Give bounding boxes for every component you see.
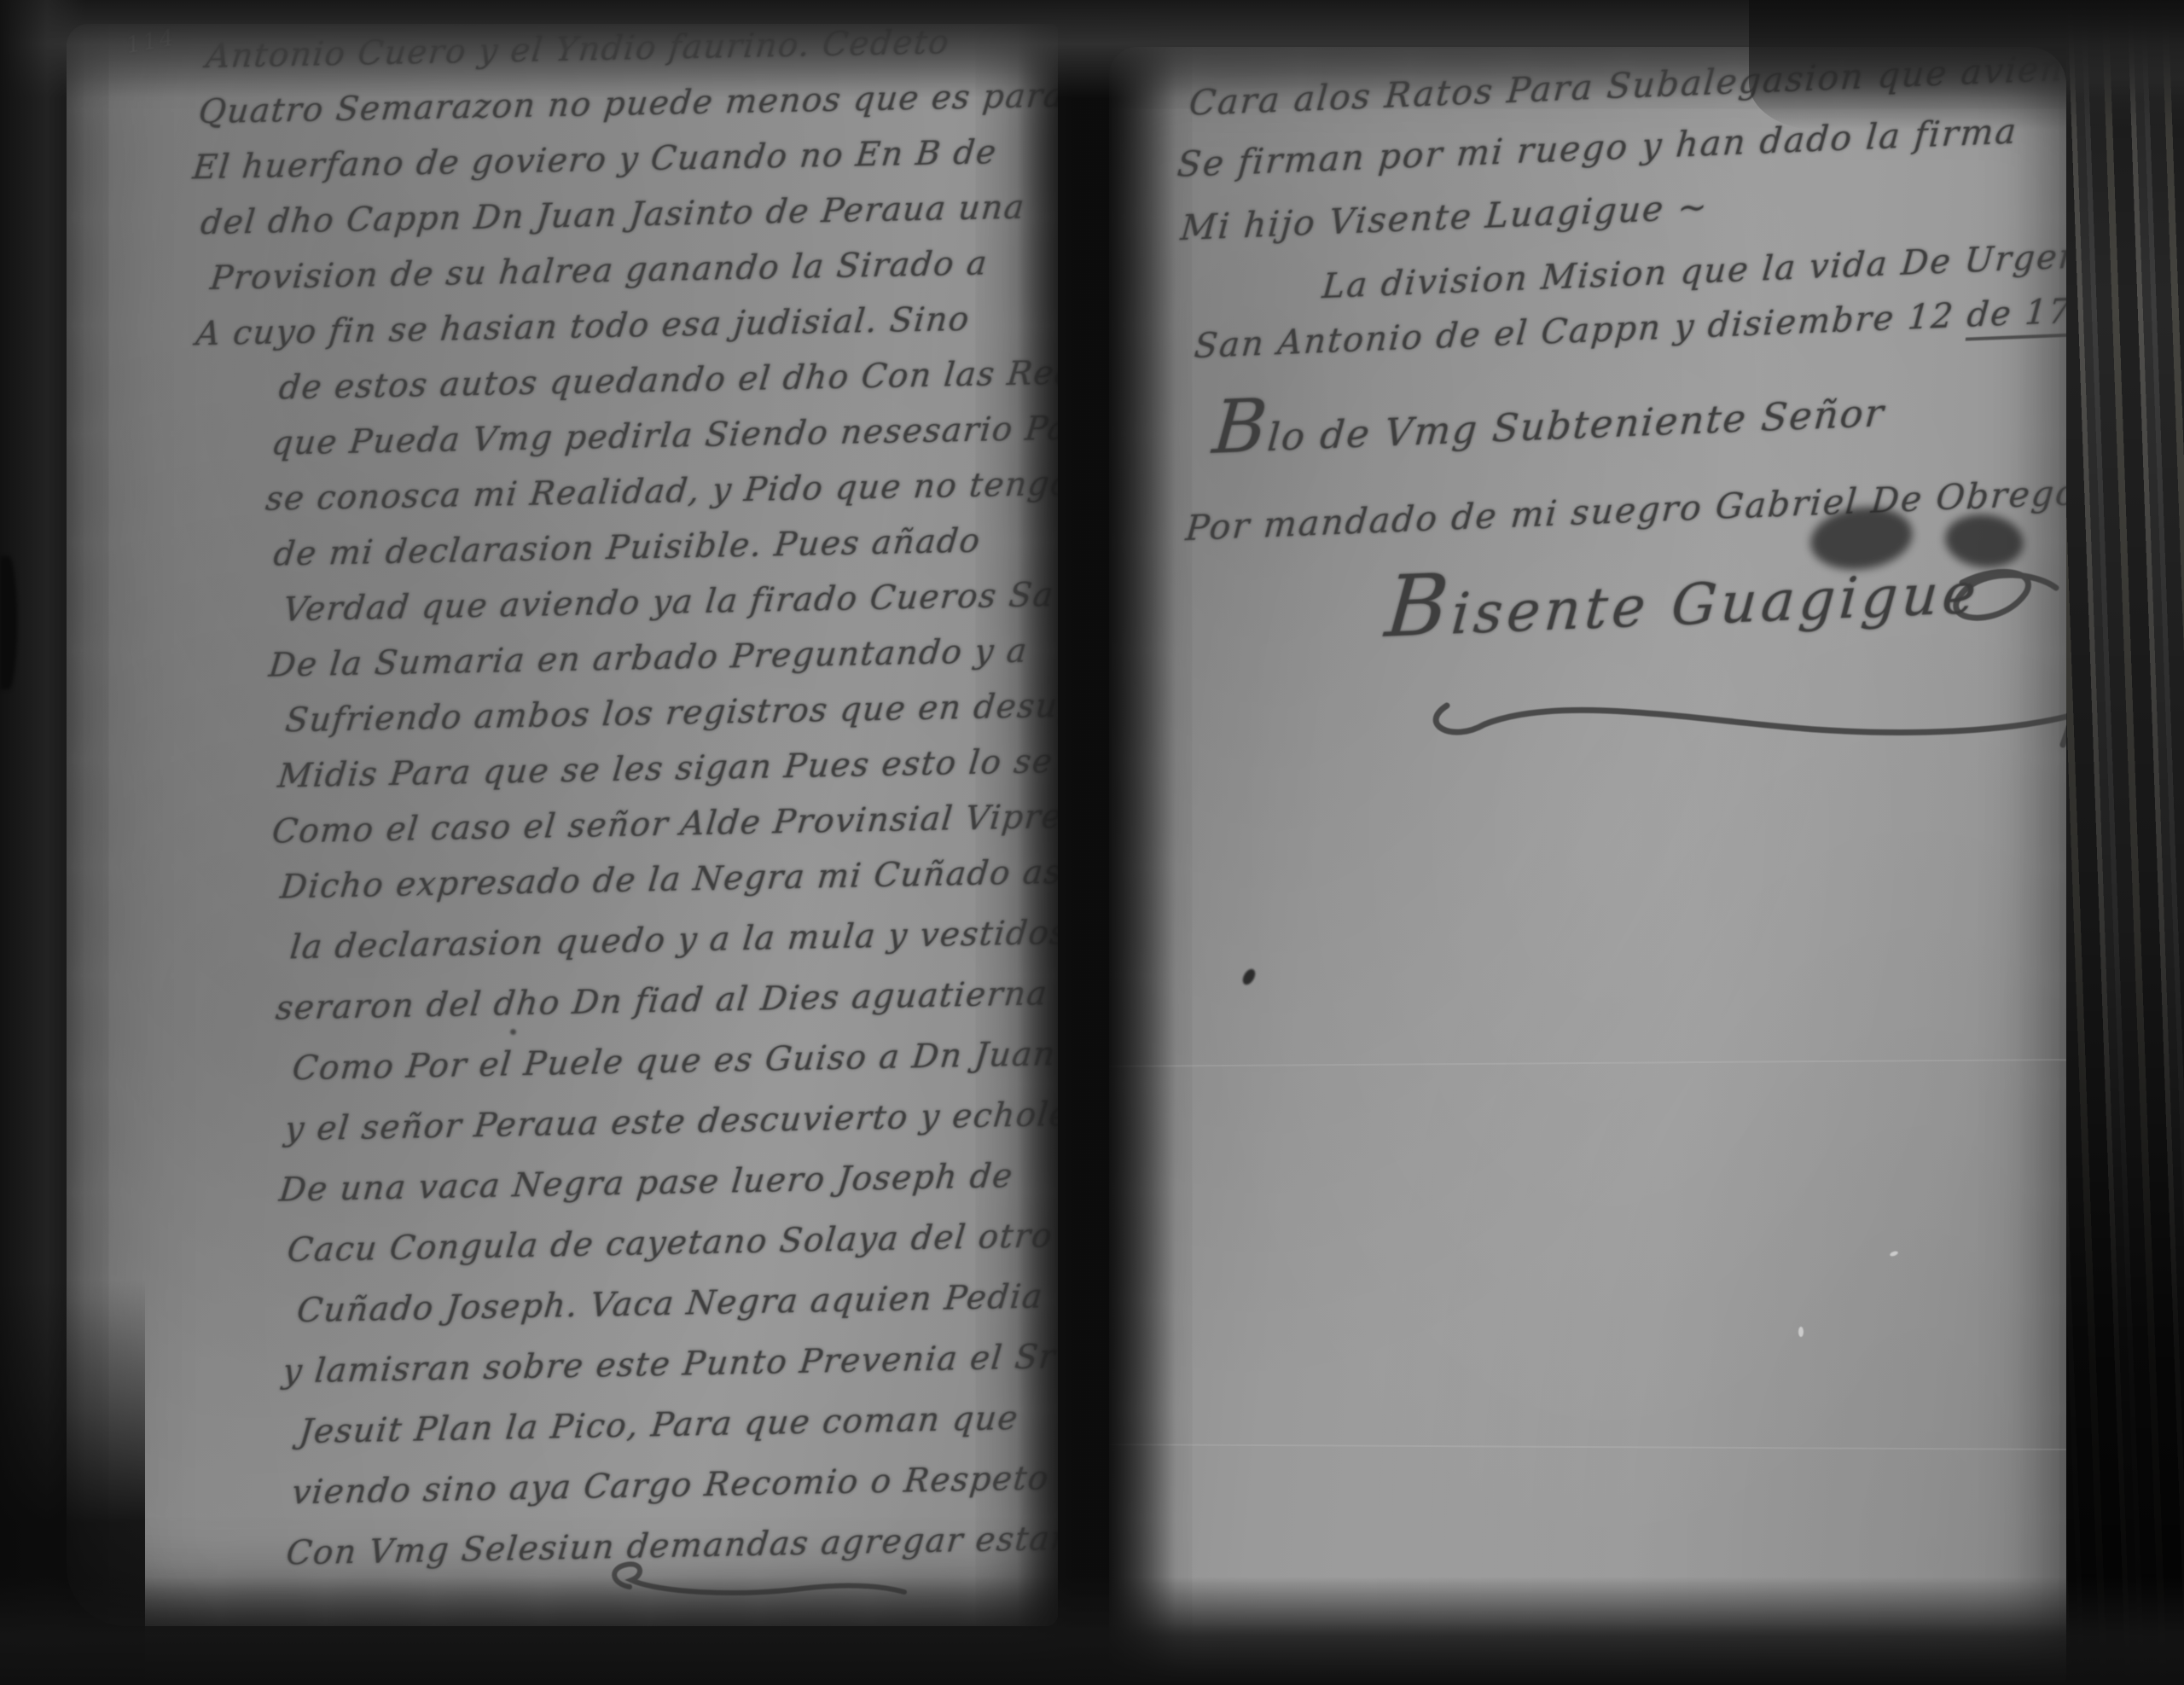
- left-page: 114 Antonio Cuero y el Yndio faurino. Ce…: [67, 24, 1058, 1626]
- paper-crease: [1109, 1444, 2066, 1450]
- paper-crease: [1109, 1059, 2066, 1067]
- gutter-shadow: [1017, 0, 1176, 1685]
- underlined-year: de 1762: [1965, 289, 2066, 340]
- right-page: Cara alos Ratos Para Subalegasion que av…: [1109, 47, 2066, 1685]
- manuscript-photo: 114 Antonio Cuero y el Yndio faurino. Ce…: [0, 0, 2184, 1685]
- paper-speck: [1240, 967, 1258, 986]
- top-right-shadow: [1749, 0, 2184, 130]
- closing-text-line: Mi hijo Visente Luagigue ~: [1179, 186, 1711, 248]
- rubric-underline: [1436, 706, 2066, 732]
- rubric-knot: [1956, 572, 2056, 618]
- bottom-shadow: [0, 1577, 2184, 1685]
- left-edge-ink-blob: [0, 556, 17, 689]
- paper-speck: [510, 1029, 516, 1035]
- signature-rubric-flourish: [1365, 431, 2066, 789]
- left-page-text-block: Antonio Cuero y el Yndio faurino. Cedeto…: [196, 24, 1058, 1596]
- paper-speck: [1798, 1327, 1804, 1337]
- dateline-text: San Antonio de el Cappn y disiembre 12: [1193, 295, 1969, 366]
- paper-speck: [1889, 1250, 1898, 1257]
- book-binding-edge: [2066, 0, 2184, 1685]
